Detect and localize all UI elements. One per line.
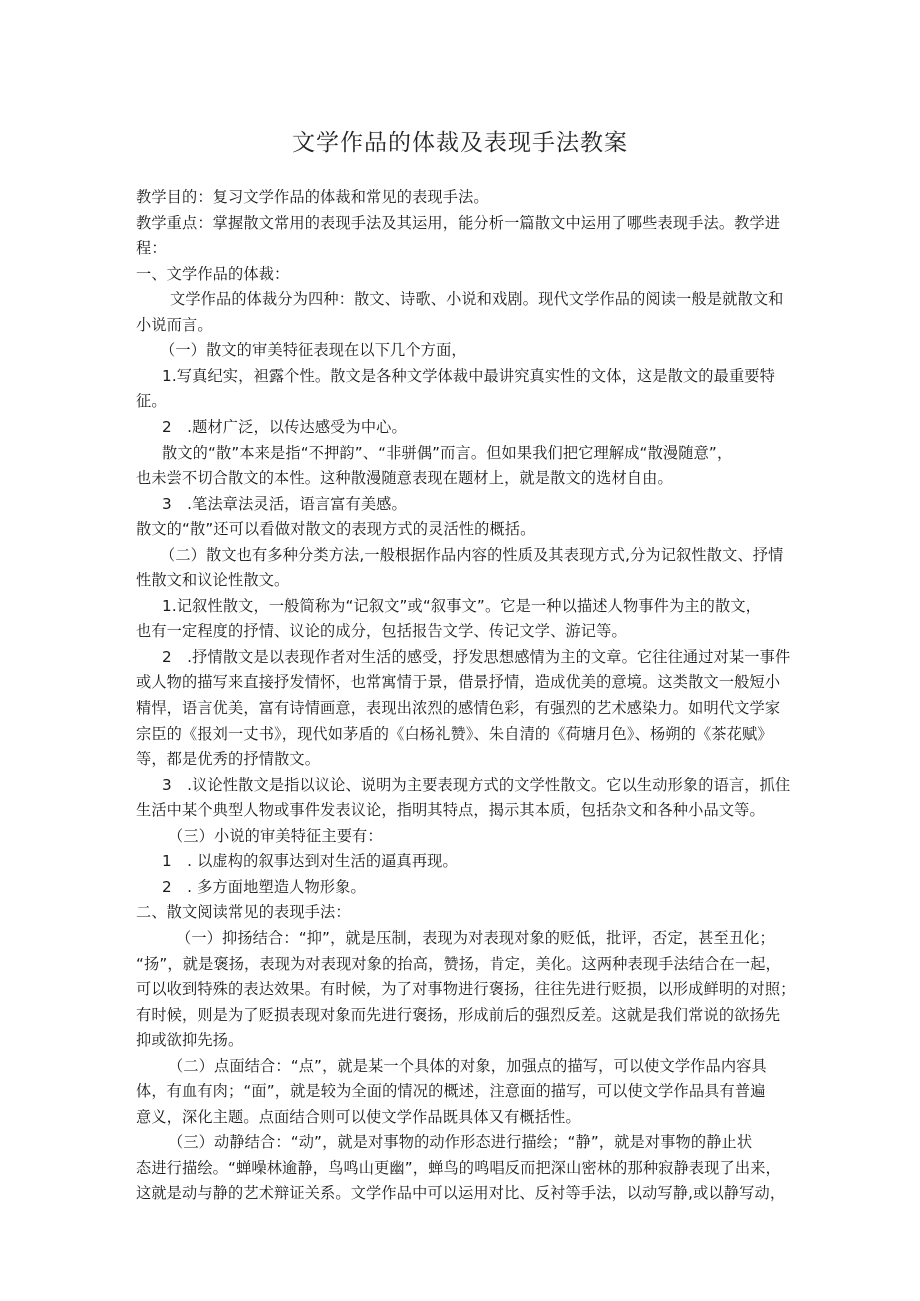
paragraph-line: 1.写真纪实，袒露个性。散文是各种文学体裁中最讲究真实性的文体，这是散文的最重要… [162,366,775,386]
paragraph-line: “扬”，就是褒扬，表现为对表现对象的抬高，赞扬，肯定，美化。这两种表现手法结合在… [136,954,781,974]
paragraph-line: 也有一定程度的抒情、议论的成分，包括报告文学、传记文学、游记等。 [136,621,627,641]
paragraph-line: 1.记叙性散文，一般简称为“记叙文”或“叙事文”。它是一种以描述人物事件为主的散… [162,596,761,616]
paragraph-line: 小说而言。 [136,315,213,335]
paragraph-line: 2 .抒情散文是以表现作者对生活的感受，抒发思想感情为主的文章。它往往通过对某一… [162,647,790,667]
paragraph-line: 3 .议论性散文是指以议论、说明为主要表现方式的文学性散文。它以生动形象的语言，… [162,775,790,795]
paragraph-line: （一）散文的审美特征表现在以下几个方面， [160,340,467,360]
paragraph-line: 精悍，语言优美，富有诗情画意，表现出浓烈的感情色彩，有强烈的艺术感染力。如明代文… [136,698,780,718]
paragraph-line: 3 .笔法章法灵活，语言富有美感。 [162,494,407,514]
paragraph-line: 或人物的描写来直接抒发情怀，也常寓情于景，借景抒情，造成优美的意境。这类散文一般… [136,672,780,692]
paragraph-line: （三）动静结合：“动”，就是对事物的动作形态进行描绘；“静”，就是对事物的静止状 [168,1132,752,1152]
paragraph-line: 意义，深化主题。点面结合则可以使文学作品既具体又有概括性。 [136,1107,581,1127]
paragraph-line: 等，都是优秀的抒情散文。 [136,749,320,769]
document-page: 文学作品的体裁及表现手法教案 教学目的：复习文学作品的体裁和常见的表现手法。教学… [0,0,920,1301]
paragraph-line: 2 . 多方面地塑造人物形象。 [162,877,366,897]
paragraph-line: 体，有血有肉；“面”，就是较为全面的情况的概述，注意面的描写，可以使文学作品具有… [136,1081,766,1101]
paragraph-line: 教学重点：掌握散文常用的表现手法及其运用，能分析一篇散文中运用了哪些表现手法。教… [136,213,780,233]
document-title: 文学作品的体裁及表现手法教案 [0,124,920,157]
paragraph-line: 教学目的：复习文学作品的体裁和常见的表现手法。 [136,187,489,207]
paragraph-line: 可以收到特殊的表达效果。有时候，为了对事物进行褒扬，往往先进行贬损，以形成鲜明的… [136,979,796,999]
paragraph-line: （二）散文也有多种分类方法,一般根据作品内容的性质及其表现方式,分为记叙性散文、… [160,545,783,565]
paragraph-line: 性散文和议论性散文。 [136,570,289,590]
paragraph-line: 一、文学作品的体裁： [136,264,289,284]
paragraph-line: （三）小说的审美特征主要有： [168,826,383,846]
paragraph-line: 文学作品的体裁分为四种：散文、诗歌、小说和戏剧。现代文学作品的阅读一般是就散文和 [170,289,784,309]
paragraph-line: 抑或欲抑先扬。 [136,1030,243,1050]
paragraph-line: 有时候，则是为了贬损表现对象而先进行褒扬，形成前后的强烈反差。这就是我们常说的欲… [136,1005,780,1025]
paragraph-line: 散文的“散”本来是指“不押韵”、“非骈偶”而言。但如果我们把它理解成“散漫随意”… [162,443,732,463]
paragraph-line: 征。 [136,391,167,411]
paragraph-line: 宗臣的《报刘一丈书》，现代如茅盾的《白杨礼赞》、朱自清的《荷塘月色》、杨朔的《茶… [136,724,773,744]
paragraph-line: 2 .题材广泛，以传达感受为中心。 [162,417,407,437]
paragraph-line: 生活中某个典型人物或事件发表议论，指明其特点，揭示其本质，包括杂文和各种小品文等… [136,800,765,820]
paragraph-line: 程： [136,238,167,258]
paragraph-line: 散文的“散”还可以看做对散文的表现方式的灵活性的概括。 [136,519,535,539]
paragraph-line: （二）点面结合：“点”，就是某一个具体的对象，加强点的描写，可以使文学作品内容具 [168,1056,767,1076]
paragraph-line: 这就是动与静的艺术辩证关系。文学作品中可以运用对比、反衬等手法，以动写静,或以静… [136,1183,785,1203]
paragraph-line: 也未尝不切合散文的本性。这种散漫随意表现在题材上，就是散文的选材自由。 [136,468,673,488]
paragraph-line: 二、散文阅读常见的表现手法： [136,902,351,922]
paragraph-line: （一）抑扬结合：“抑”，就是压制，表现为对表现对象的贬低，批评，否定，甚至丑化； [176,928,775,948]
paragraph-line: 态进行描绘。“蝉噪林逾静，鸟鸣山更幽”，蝉鸟的鸣唱反而把深山密林的那种寂静表现了… [136,1158,781,1178]
paragraph-line: 1 . 以虚构的叙事达到对生活的逼真再现。 [162,851,458,871]
